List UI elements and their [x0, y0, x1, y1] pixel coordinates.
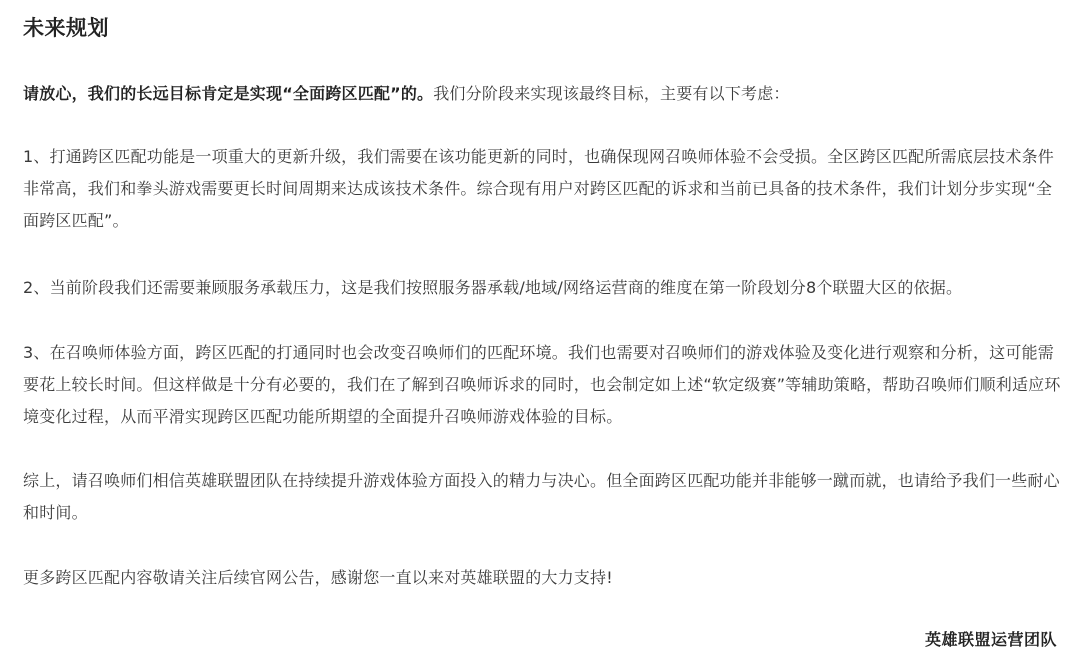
point-paragraph-1: 1、打通跨区匹配功能是一项重大的更新升级，我们需要在该功能更新的同时，也确保现网… — [23, 141, 1063, 237]
intro-bold-text: 请放心，我们的长远目标肯定是实现“全面跨区匹配”的。 — [23, 84, 433, 103]
summary-paragraph: 综上，请召唤师们相信英雄联盟团队在持续提升游戏体验方面投入的精力与决心。但全面跨… — [23, 465, 1063, 529]
more-info-paragraph: 更多跨区匹配内容敬请关注后续官网公告，感谢您一直以来对英雄联盟的大力支持! — [23, 562, 1063, 594]
intro-normal-text: 我们分阶段来实现该最终目标，主要有以下考虑： — [433, 84, 789, 103]
signature: 英雄联盟运营团队 — [925, 627, 1057, 650]
section-title: 未来规划 — [23, 12, 109, 42]
point-paragraph-3: 3、在召唤师体验方面，跨区匹配的打通同时也会改变召唤师们的匹配环境。我们也需要对… — [23, 337, 1063, 433]
point-paragraph-2: 2、当前阶段我们还需要兼顾服务承载压力，这是我们按照服务器承载/地域/网络运营商… — [23, 272, 1063, 304]
intro-paragraph: 请放心，我们的长远目标肯定是实现“全面跨区匹配”的。我们分阶段来实现该最终目标，… — [23, 78, 1063, 110]
